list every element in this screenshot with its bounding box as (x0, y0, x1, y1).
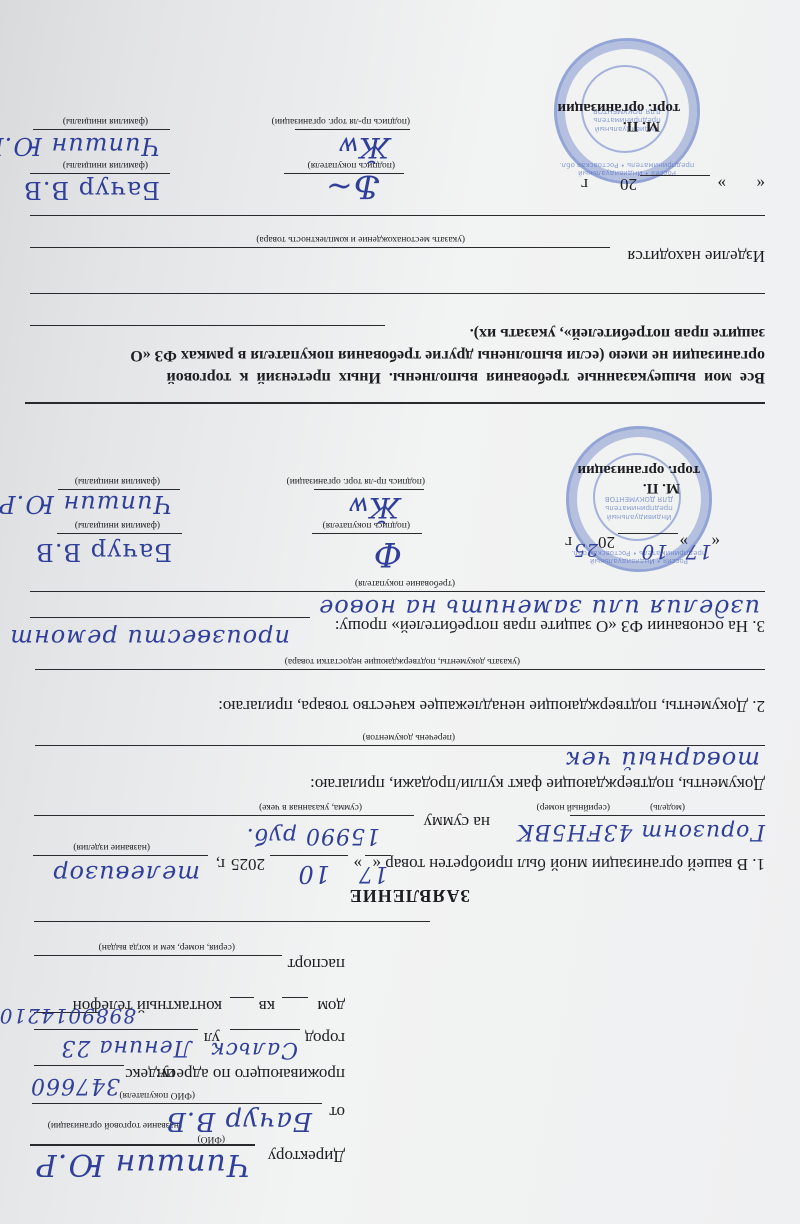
house-label: дом (317, 996, 345, 1016)
section1-product-line (33, 855, 208, 856)
sign2-org-name-caption: (фамилия инициалы) (63, 116, 148, 126)
sign1-org-label: торг. организации (577, 461, 700, 478)
section1-year-suffix: г, (216, 854, 225, 874)
section1-serial-caption: (серийный номер) (537, 802, 610, 812)
sign2-org-name-handwritten: Чипшин Ю.Р (0, 132, 160, 160)
sign1-month-handwritten: 10 (641, 540, 668, 564)
page-title: ЗАЯВЛЕНИЕ (349, 885, 470, 906)
index-line (34, 1065, 124, 1066)
from-caption: (ФИО покупателя) (119, 1090, 195, 1100)
sign1-year-prefix: 20 (598, 532, 615, 552)
sign1-org-name-handwritten: Чипшин Ю.Р (0, 490, 172, 518)
sign1-buyer-name-caption: (фамилия инициалы) (75, 520, 160, 530)
sign1-day-handwritten: 17 (685, 540, 712, 564)
section1-sum-label: на сумму (423, 812, 490, 832)
location-line (30, 247, 610, 248)
sign2-date-open: « (757, 174, 766, 194)
sign2-year-prefix: 20 (620, 174, 637, 194)
section3-line-1 (30, 617, 310, 618)
section2-text: 2. Документы, подтверждающие ненадлежаще… (218, 696, 765, 716)
section1-model-caption: (модель) (650, 802, 685, 812)
section4-line3: защите прав потребителей», указать их). (470, 324, 765, 342)
application-form-page: Директору Чипшин Ю.Р (ФИО) (название тор… (0, 0, 800, 1224)
sign1-org-signature: Ӂѡ (349, 490, 400, 524)
section1-year: 2025 (231, 854, 265, 874)
section4-line3-blank (30, 325, 385, 326)
sign1-date-open: « (712, 532, 721, 552)
sign2-mp-label: М. П. (623, 117, 660, 134)
sign1-buyer-signature: Ф (373, 534, 402, 574)
sign2-buyer-signature: Ֆ~ (325, 168, 380, 206)
section4-line1: Все мои вышеуказанные требования выполне… (167, 368, 766, 386)
section3-line-2 (30, 591, 765, 592)
sign2-buyer-name-handwritten: Бачур В.В (23, 176, 160, 204)
from-value-handwritten: Бачур В.В (166, 1106, 312, 1136)
sign2-org-signature: Ӂѡ (339, 130, 390, 164)
passport-label: паспорт (288, 954, 346, 974)
section1-docs-caption: (перечень документов) (363, 732, 455, 742)
location-label: Изделие находится (627, 246, 765, 266)
section1-sum-line (34, 815, 414, 816)
director-label: Директору (268, 1146, 345, 1166)
sign1-year-suffix: г (565, 532, 572, 552)
city-line (230, 1029, 300, 1030)
passport-caption: (серия, номер, кем и когда выдан) (99, 942, 235, 952)
sign1-year-handwritten: 25 (573, 539, 598, 560)
section1-model-handwritten: Горизонт 43FH5BK (516, 819, 765, 844)
section1-day-line (365, 855, 391, 856)
passport-line-2 (34, 921, 430, 922)
sign1-buyer-name-handwritten: Бачур В.В (35, 538, 172, 566)
sign1-buyer-sig-line (312, 533, 422, 534)
sign1-org-name-caption: (фамилия инициалы) (75, 476, 160, 486)
index-value-handwritten: 347660 (30, 1073, 120, 1098)
director-caption: (название торговой организации) (48, 1120, 182, 1130)
street-line (34, 1029, 198, 1030)
section1-sum-caption: (сумма, указанная в чеке) (259, 802, 362, 812)
location-caption: (указать местонахождение и комплектность… (256, 234, 465, 244)
flat-label: кв (259, 996, 275, 1016)
director-line (30, 1144, 255, 1146)
section1-day-handwritten: 17 (358, 861, 388, 886)
passport-line (34, 955, 282, 956)
section2-line (35, 669, 765, 670)
section1-product-handwritten: телевизор (52, 860, 200, 888)
section4-blank-line (30, 293, 765, 294)
sign1-buyer-name-line (57, 533, 182, 534)
section4-line2: организации не имею (если выполнены друг… (130, 346, 765, 364)
section2-caption: (указать документы, подтверждающие недос… (285, 656, 520, 666)
section3-value-line1-handwritten: произвести ремонт (9, 624, 290, 652)
section1-model-line (570, 815, 765, 816)
section3-caption: (требование покупателя) (355, 578, 455, 588)
city-label: город (305, 1028, 345, 1048)
section1-month-handwritten: 10 (297, 860, 330, 888)
director-value-handwritten: Чипшин Ю.Р (36, 1147, 250, 1182)
sign2-org-sig-caption: (подпись пр-ля торг. организации) (272, 116, 410, 126)
sign2-org-name-line (33, 129, 170, 130)
sign2-org-label: торг. организации (557, 99, 680, 116)
section1-docs-handwritten: товарный чек (565, 746, 760, 774)
flat-line (230, 997, 254, 998)
street-label: ул (204, 1028, 220, 1048)
sign1-org-sig-caption: (подпись пр-ля торг. организации) (287, 476, 425, 486)
city-value-handwritten: Сальск (211, 1037, 298, 1062)
sign2-year-suffix: г (581, 174, 588, 194)
sign2-buyer-name-line (30, 173, 170, 174)
from-label: от (329, 1102, 345, 1122)
sign2-date-close: » (718, 174, 727, 194)
sign1-month-line (618, 533, 678, 534)
section1-sum-handwritten: 15990 руб. (246, 823, 380, 848)
index-label: индекс (125, 1064, 175, 1084)
section1-product-caption: (название изделия) (73, 842, 150, 852)
sign1-mp-label: М. П. (643, 479, 680, 496)
from-line (32, 1103, 322, 1104)
section1-text: 1. В вашей организации мной был приобрет… (373, 854, 765, 874)
house-line (282, 997, 308, 998)
street-value-handwritten: Ленина 23 (60, 1035, 192, 1060)
location-line-2 (30, 215, 765, 216)
address-label: проживающего по адресу: (156, 1064, 345, 1084)
section3-value-line2-handwritten: изделия или заменить на новое (318, 594, 760, 622)
section4-top-line (25, 402, 765, 404)
quote-close: » (354, 854, 363, 874)
section1-docs-text: Документы, подтверждающие факт купли/про… (310, 774, 765, 794)
sign2-month-line (640, 175, 710, 176)
section1-month-line (270, 855, 348, 856)
sign2-buyer-name-caption: (фамилия инициалы) (63, 160, 148, 170)
sign1-date-close: » (680, 532, 689, 552)
phone-value-handwritten: 89890142104 (0, 1004, 136, 1028)
